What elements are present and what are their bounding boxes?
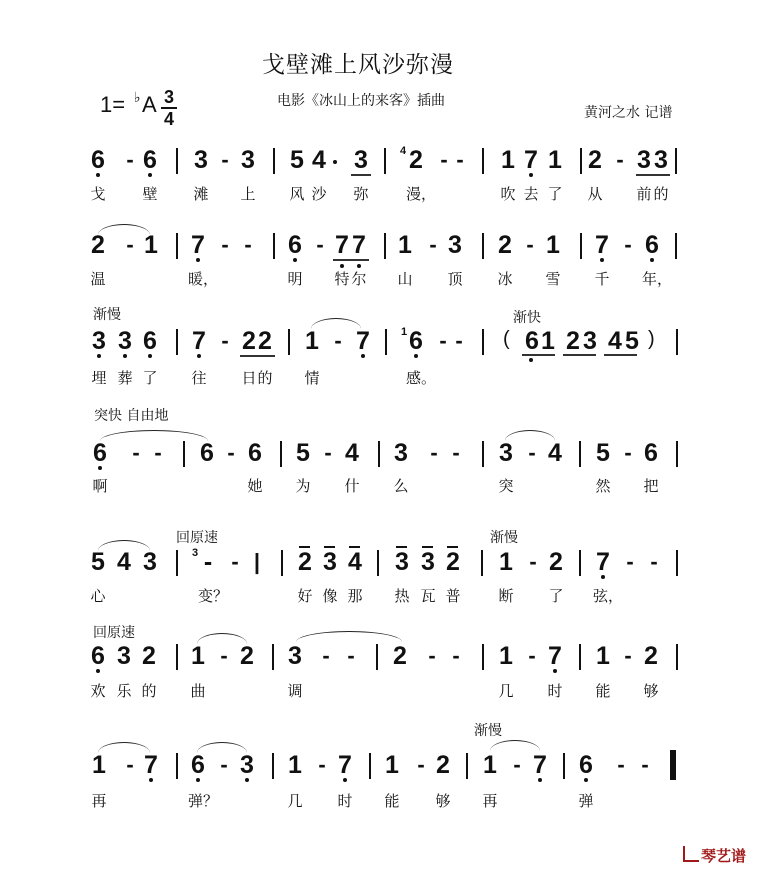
dash: - [424, 643, 440, 669]
dash: | [249, 549, 265, 575]
dash: - [330, 328, 346, 354]
note: 6 [285, 232, 305, 258]
note: 7 [545, 643, 565, 669]
credit: 黄河之水 记谱 [584, 102, 672, 122]
dash: - [343, 643, 359, 669]
lyric: 顶 [445, 268, 465, 289]
note: 7 [593, 549, 613, 575]
low-octave-dot [197, 354, 201, 358]
note: 6 [641, 440, 661, 466]
eighth-underline [333, 259, 369, 261]
note: 2 [255, 328, 275, 354]
barline [273, 148, 275, 174]
barline [482, 148, 484, 174]
low-octave-dot [414, 354, 418, 358]
low-octave-dot [96, 173, 100, 177]
lyric: 热 [392, 585, 412, 606]
lyric: 的 [139, 680, 159, 701]
note: 2 [295, 549, 315, 575]
song-subtitle: 电影《冰山上的来客》插曲 [277, 90, 445, 110]
note: 1 [496, 549, 516, 575]
barline [580, 148, 582, 174]
eighth-underline [351, 174, 371, 176]
note: 6 [245, 440, 265, 466]
note: 7 [530, 752, 550, 778]
dash: - [217, 232, 233, 258]
dash: - [240, 232, 256, 258]
barline [482, 233, 484, 259]
barline [176, 644, 178, 670]
note: 1 [89, 752, 109, 778]
low-octave-dot [650, 258, 654, 262]
barline [369, 753, 371, 779]
low-octave-dot [123, 354, 127, 358]
note: 4 [309, 147, 329, 173]
note: 2 [139, 643, 159, 669]
note: 2 [585, 147, 605, 173]
lyric: 么 [391, 475, 411, 496]
lyric: 好 [295, 585, 315, 606]
low-octave-dot [196, 258, 200, 262]
tenuto-line [396, 546, 407, 548]
dash: - [451, 328, 467, 354]
lyric: 风 [287, 183, 307, 204]
note: 3 [580, 328, 600, 354]
lyric: 再 [89, 790, 109, 811]
lyric: 了 [545, 183, 565, 204]
lyric: 为 [293, 475, 313, 496]
barline [384, 148, 386, 174]
lyric: 感。 [406, 367, 436, 388]
note: 6 [197, 440, 217, 466]
dash: - [646, 549, 662, 575]
note: 6 [576, 752, 596, 778]
tempo-marking: 回原速 [176, 527, 218, 547]
note: 5 [287, 147, 307, 173]
eighth-underline [636, 174, 670, 176]
low-octave-dot [293, 258, 297, 262]
lyric: 的 [651, 183, 671, 204]
low-octave-dot [149, 778, 153, 782]
barline [676, 329, 678, 355]
note: 6 [406, 328, 426, 354]
lyric: 够 [433, 790, 453, 811]
song-title: 戈壁滩上风沙弥漫 [262, 46, 454, 79]
low-octave-dot [343, 778, 347, 782]
lyric: 雪 [543, 268, 563, 289]
lyric: 什 [342, 475, 362, 496]
eighth-underline [563, 354, 596, 356]
note: 5 [293, 440, 313, 466]
lyric: 埋 [89, 367, 109, 388]
note: 5 [622, 328, 642, 354]
lyric: 山 [395, 268, 415, 289]
lyric: 葬 [115, 367, 135, 388]
dash: - [448, 440, 464, 466]
barline [385, 329, 387, 355]
barline [176, 329, 178, 355]
lyric: 啊 [90, 475, 110, 496]
lyric: 她 [245, 475, 265, 496]
tenuto-line [299, 546, 310, 548]
lyric: 调 [285, 680, 305, 701]
lyric: 漫， [406, 183, 436, 204]
tempo-marking: 渐慢 [490, 527, 518, 547]
note: 1 [395, 232, 415, 258]
lyric: 年， [642, 268, 672, 289]
lyric: 温 [88, 268, 108, 289]
low-octave-dot [601, 575, 605, 579]
barline [272, 644, 274, 670]
dash: - [223, 440, 239, 466]
lyric: 弦， [593, 585, 623, 606]
lyric: 了 [546, 585, 566, 606]
note: 2 [237, 643, 257, 669]
note: 6 [188, 752, 208, 778]
barline [377, 550, 379, 576]
augmentation-dot [333, 160, 337, 164]
dash: - [620, 440, 636, 466]
note: 2 [546, 549, 566, 575]
lyric: 沙 [309, 183, 329, 204]
barline [482, 441, 484, 467]
barline [481, 550, 483, 576]
note: 7 [188, 232, 208, 258]
barline [176, 753, 178, 779]
dash: - [312, 232, 328, 258]
lyric: 能 [382, 790, 402, 811]
note: 4 [345, 549, 365, 575]
note: 2 [433, 752, 453, 778]
lyric: 瓦 [418, 585, 438, 606]
open-paren: ( [503, 328, 510, 351]
key-note: A [142, 92, 157, 118]
key-prefix: 1= [100, 92, 125, 118]
barline [272, 753, 274, 779]
lyric: 冰 [495, 268, 515, 289]
barline [466, 753, 468, 779]
low-octave-dot [553, 669, 557, 673]
dash: - [620, 643, 636, 669]
lyric: 弹 [576, 790, 596, 811]
low-octave-dot [538, 778, 542, 782]
note: 2 [88, 232, 108, 258]
barline [676, 644, 678, 670]
note: 3 [651, 147, 671, 173]
dash: - [613, 752, 629, 778]
barline [376, 644, 378, 670]
lyric: 能 [593, 680, 613, 701]
dash: - [314, 752, 330, 778]
note: 6 [88, 643, 108, 669]
note: 1 [302, 328, 322, 354]
note: 6 [140, 147, 160, 173]
lyric: 普 [443, 585, 463, 606]
note: 1 [188, 643, 208, 669]
dash: - [227, 549, 243, 575]
tempo-marking: 渐快 [513, 307, 541, 327]
time-sig-bottom: 4 [164, 109, 174, 129]
note: 6 [90, 440, 110, 466]
lyric: 的 [255, 367, 275, 388]
barline [482, 644, 484, 670]
note: 1 [538, 328, 558, 354]
dash: - [122, 147, 138, 173]
barline [482, 329, 484, 355]
tempo-marking: 回原速 [93, 622, 135, 642]
lyric: 断 [496, 585, 516, 606]
note: 1 [543, 232, 563, 258]
lyric: 了 [140, 367, 160, 388]
lyric: 那 [345, 585, 365, 606]
lyric: 弹？ [188, 790, 218, 811]
low-octave-dot [584, 778, 588, 782]
note: 2 [406, 147, 426, 173]
lyric: 时 [545, 680, 565, 701]
note: 3 [114, 643, 134, 669]
note: 3 [238, 147, 258, 173]
tenuto-line [349, 546, 360, 548]
note: 7 [189, 328, 209, 354]
note: 3 [115, 328, 135, 354]
lyric: 暖， [188, 268, 218, 289]
note: 5 [593, 440, 613, 466]
barline [273, 233, 275, 259]
note: 7 [592, 232, 612, 258]
note: 1 [498, 147, 518, 173]
lyric: 几 [496, 680, 516, 701]
barline [675, 148, 677, 174]
note: 4 [545, 440, 565, 466]
note: 2 [390, 643, 410, 669]
lyric: 够 [641, 680, 661, 701]
barline [580, 233, 582, 259]
note: - [198, 549, 218, 575]
barline [281, 550, 283, 576]
dash: - [150, 440, 166, 466]
lyric: 把 [641, 475, 661, 496]
lyric: 弥 [351, 183, 371, 204]
barline [288, 329, 290, 355]
note: 1 [382, 752, 402, 778]
dash: - [216, 752, 232, 778]
dash: - [524, 440, 540, 466]
note: 1 [480, 752, 500, 778]
low-octave-dot [148, 354, 152, 358]
dash: - [425, 232, 441, 258]
final-barline [670, 750, 676, 780]
low-octave-dot [529, 358, 533, 362]
note: 6 [140, 328, 160, 354]
lyric: 突 [496, 475, 516, 496]
note: 3 [392, 549, 412, 575]
low-octave-dot [196, 778, 200, 782]
barline [378, 441, 380, 467]
lyric: 曲 [188, 680, 208, 701]
eighth-underline [604, 354, 637, 356]
dash: - [525, 549, 541, 575]
dash: - [216, 643, 232, 669]
eighth-underline [240, 355, 275, 357]
barline [579, 550, 581, 576]
barline [176, 233, 178, 259]
low-octave-dot [97, 354, 101, 358]
note: 2 [495, 232, 515, 258]
barline [176, 148, 178, 174]
barline [676, 550, 678, 576]
dash: - [217, 328, 233, 354]
tempo-marking: 渐慢 [93, 304, 121, 324]
barline [675, 233, 677, 259]
note: 3 [496, 440, 516, 466]
note: 3 [418, 549, 438, 575]
barline [280, 441, 282, 467]
lyric: 滩 [191, 183, 211, 204]
note: 5 [88, 549, 108, 575]
lyric: 尔 [349, 268, 369, 289]
low-octave-dot [361, 354, 365, 358]
dash: - [122, 232, 138, 258]
note: 3 [445, 232, 465, 258]
lyric: 再 [480, 790, 500, 811]
note: 3 [89, 328, 109, 354]
piano-logo-icon [683, 846, 699, 862]
low-octave-dot [98, 466, 102, 470]
dash: - [217, 147, 233, 173]
tenuto-line [447, 546, 458, 548]
eighth-underline [522, 354, 555, 356]
lyric: 戈 [88, 183, 108, 204]
note: 3 [391, 440, 411, 466]
note: 1 [496, 643, 516, 669]
dash: - [620, 232, 636, 258]
dash: - [436, 147, 452, 173]
note: 3 [351, 147, 371, 173]
dash: - [128, 440, 144, 466]
dash: - [413, 752, 429, 778]
tenuto-line [324, 546, 335, 548]
barline [579, 441, 581, 467]
note: 6 [642, 232, 662, 258]
lyric: 去 [521, 183, 541, 204]
lyric: 乐 [114, 680, 134, 701]
note: 7 [335, 752, 355, 778]
note: 4 [114, 549, 134, 575]
low-octave-dot [148, 173, 152, 177]
dash: - [509, 752, 525, 778]
barline [579, 644, 581, 670]
lyric: 往 [189, 367, 209, 388]
lyric: 从 [585, 183, 605, 204]
barline [176, 550, 178, 576]
note: 3 [237, 752, 257, 778]
lyric: 像 [320, 585, 340, 606]
note: 1 [593, 643, 613, 669]
note: 3 [320, 549, 340, 575]
watermark-brand: 琴艺谱 [701, 845, 746, 866]
lyric: 壁 [140, 183, 160, 204]
note: 3 [140, 549, 160, 575]
barline [384, 233, 386, 259]
lyric: 欢 [88, 680, 108, 701]
tenuto-line [422, 546, 433, 548]
barline [563, 753, 565, 779]
note: 3 [285, 643, 305, 669]
time-signature: 3 4 [161, 88, 177, 128]
note: 7 [141, 752, 161, 778]
dash: - [318, 643, 334, 669]
lyric: 情 [302, 367, 322, 388]
tempo-marking: 突快 自由地 [94, 405, 168, 425]
dash: - [612, 147, 628, 173]
flat-icon: ♭ [134, 90, 141, 106]
low-octave-dot [245, 778, 249, 782]
note: 2 [443, 549, 463, 575]
barline [676, 441, 678, 467]
close-paren: ) [648, 328, 655, 351]
low-octave-dot [96, 669, 100, 673]
low-octave-dot [600, 258, 604, 262]
lyric: 千 [592, 268, 612, 289]
note: 7 [353, 328, 373, 354]
note: 1 [285, 752, 305, 778]
tempo-marking: 渐慢 [474, 720, 502, 740]
lyric: 变？ [198, 585, 228, 606]
lyric: 上 [238, 183, 258, 204]
note: 3 [191, 147, 211, 173]
note: 7 [349, 232, 369, 258]
lyric: 几 [285, 790, 305, 811]
dash: - [448, 643, 464, 669]
dash: - [637, 752, 653, 778]
slur [296, 631, 402, 642]
barline [183, 441, 185, 467]
slur [490, 740, 540, 751]
dash: - [426, 440, 442, 466]
dash: - [435, 328, 451, 354]
lyric: 时 [335, 790, 355, 811]
dash: - [122, 752, 138, 778]
lyric: 吹 [498, 183, 518, 204]
dash: - [320, 440, 336, 466]
dash: - [622, 549, 638, 575]
lyric: 明 [285, 268, 305, 289]
lyric: 心 [88, 585, 108, 606]
note: 1 [141, 232, 161, 258]
note: 7 [521, 147, 541, 173]
time-sig-top: 3 [164, 87, 174, 107]
dash: - [524, 643, 540, 669]
dash: - [522, 232, 538, 258]
note: 1 [545, 147, 565, 173]
note: 6 [88, 147, 108, 173]
dash: - [452, 147, 468, 173]
note: 2 [641, 643, 661, 669]
low-octave-dot [529, 173, 533, 177]
note: 4 [342, 440, 362, 466]
lyric: 然 [593, 475, 613, 496]
